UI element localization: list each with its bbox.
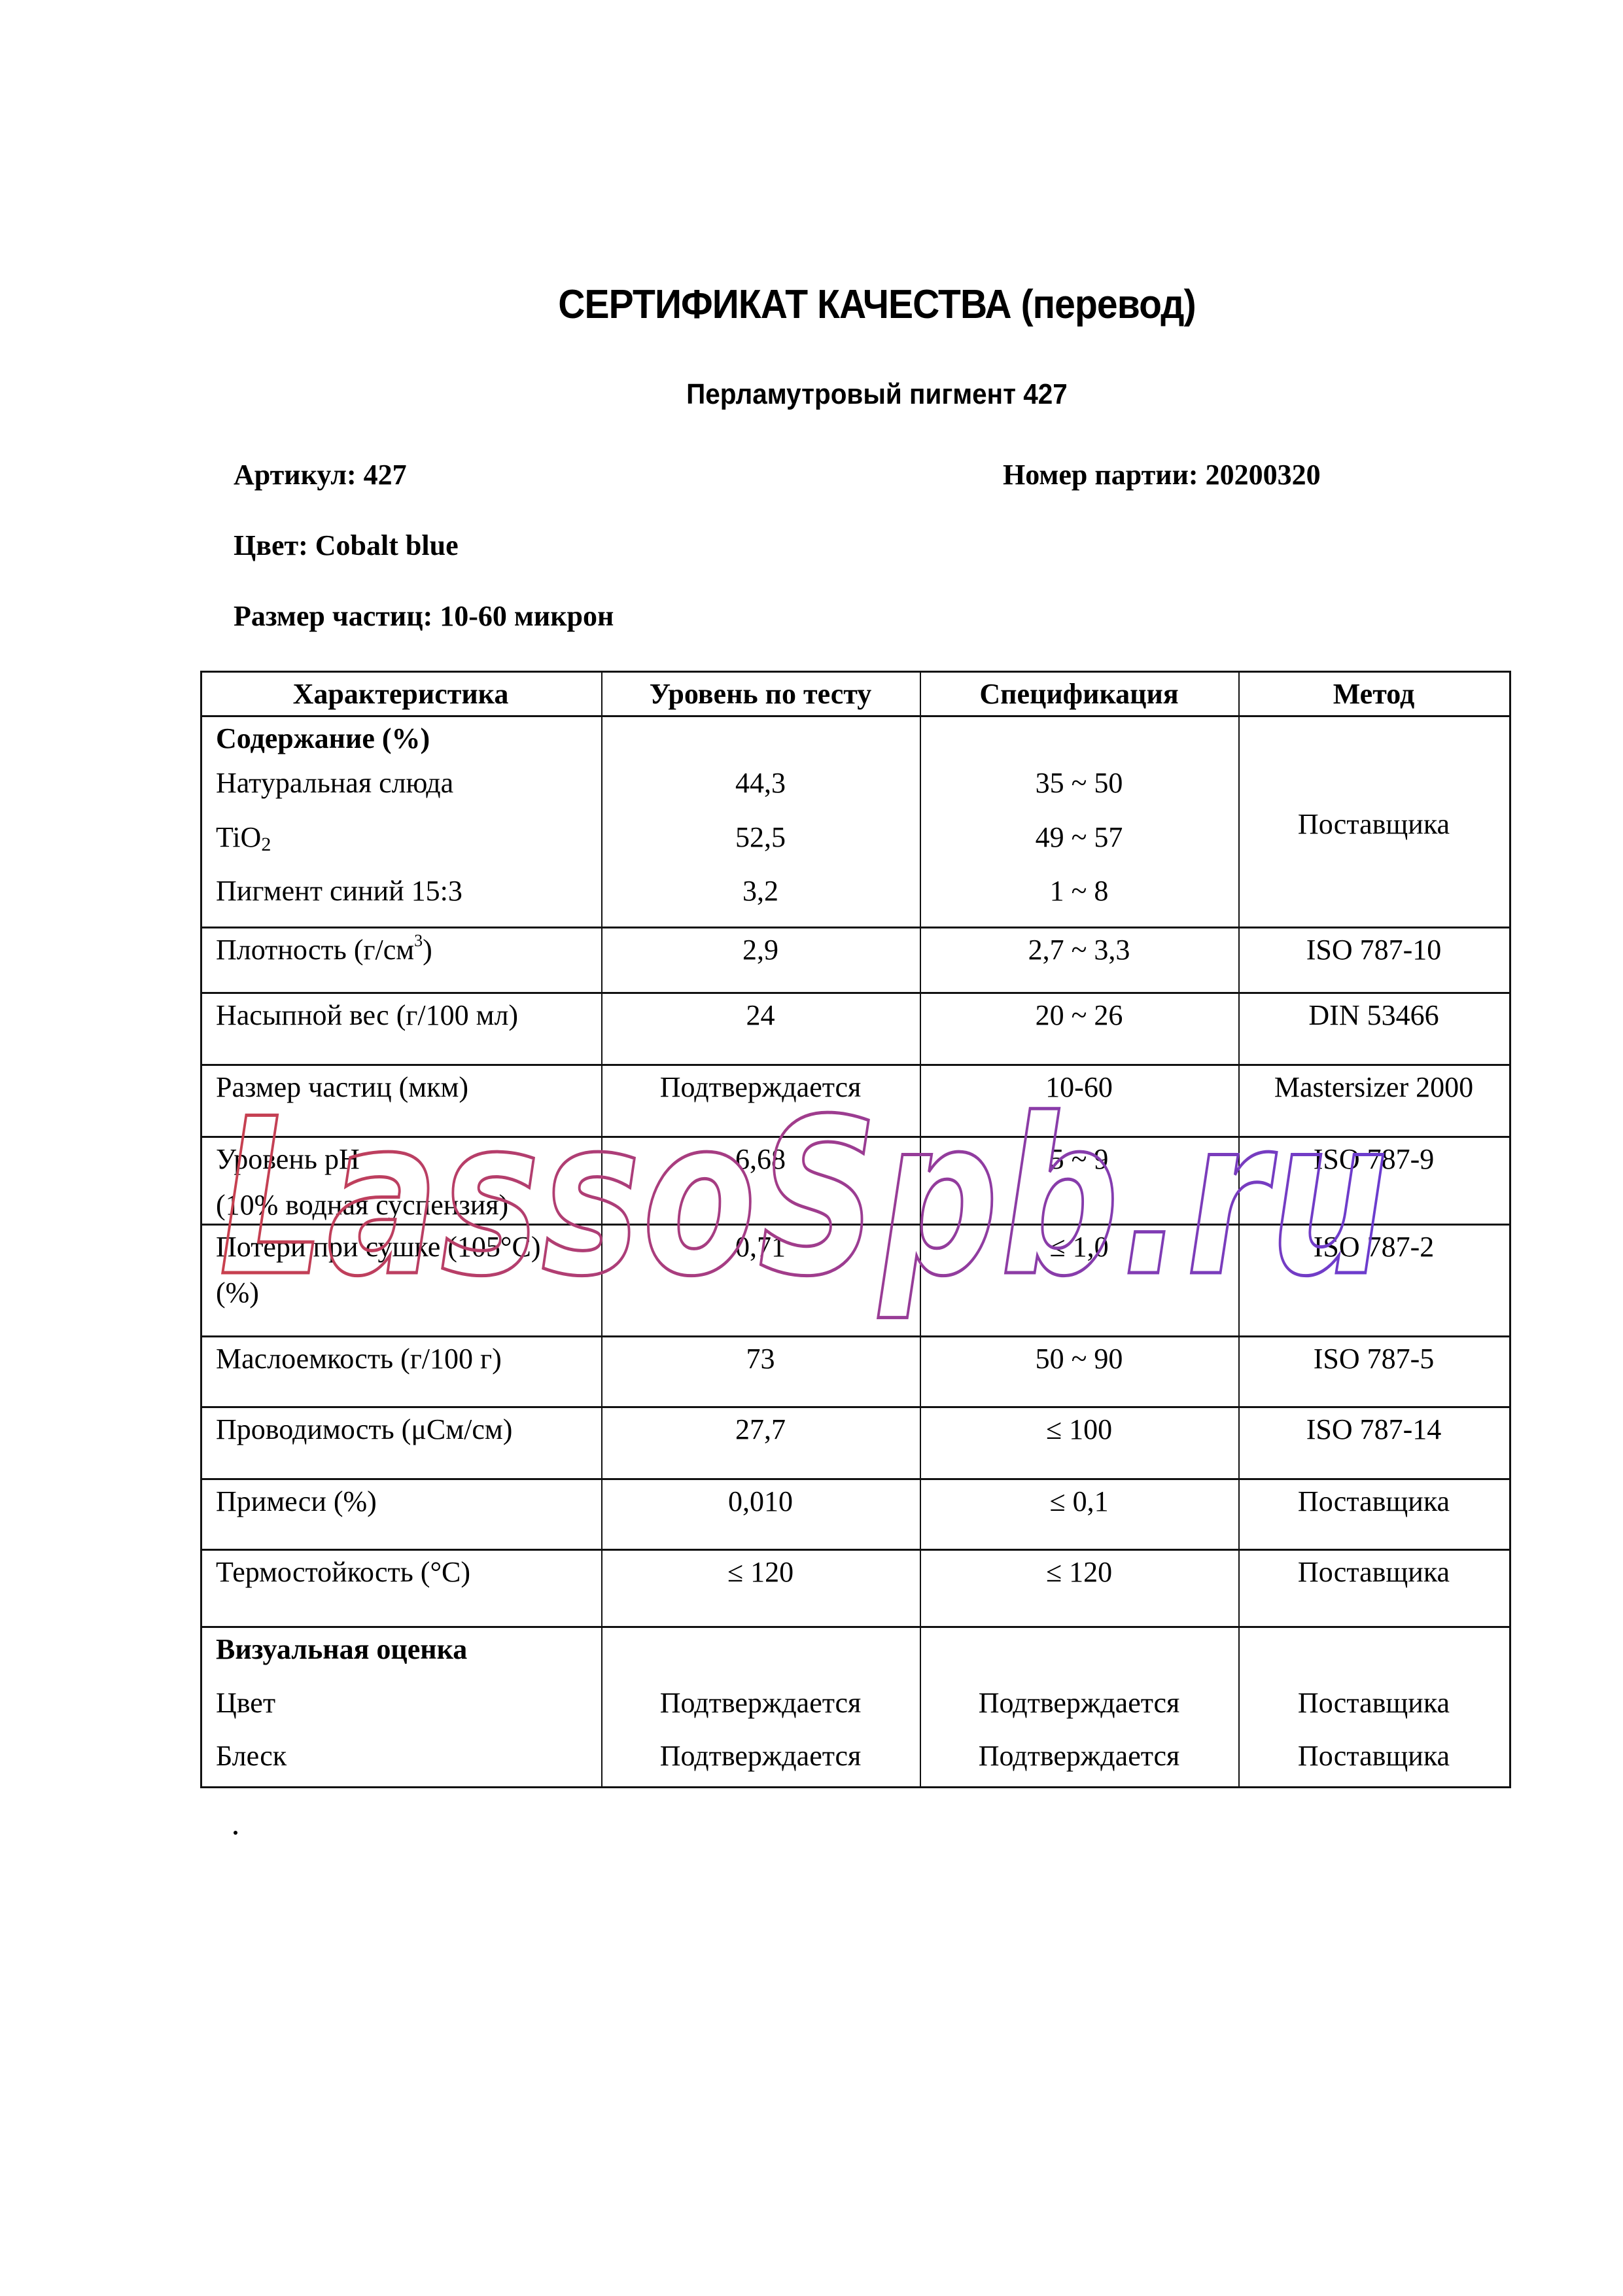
row-pigment-test: 3,2	[601, 877, 920, 906]
trailing-dot	[234, 1831, 237, 1835]
row-name: Проводимость (μСм/см)	[216, 1415, 512, 1444]
table-divider	[200, 1064, 1511, 1066]
article-label: Артикул:	[234, 459, 357, 491]
table-border	[200, 1786, 1511, 1788]
table-divider	[200, 715, 1511, 717]
row-name: Потери при сушке (105°C)	[216, 1233, 540, 1262]
header-characteristic: Характеристика	[200, 680, 601, 709]
header-test-level: Уровень по тесту	[601, 680, 920, 709]
content-group-title: Содержание (%)	[216, 724, 430, 753]
row-visual-gloss-method: Поставщика	[1238, 1742, 1509, 1771]
table-divider	[200, 1478, 1511, 1480]
row-name: Насыпной вес (г/100 мл)	[216, 1001, 518, 1030]
row-pigment-spec: 1 ~ 8	[920, 877, 1238, 906]
row-name: Уровень pH	[216, 1145, 360, 1174]
row-spec-value: 10-60	[920, 1073, 1238, 1102]
color-label: Цвет:	[234, 529, 308, 561]
row-spec-value: ≤ 0,1	[920, 1487, 1238, 1516]
row-method: Mastersizer 2000	[1238, 1073, 1509, 1102]
density-label: Плотность (г/см	[216, 934, 414, 966]
article-field: Артикул: 427	[234, 458, 407, 491]
row-name: Примеси (%)	[216, 1487, 377, 1516]
visual-group-title: Визуальная оценка	[216, 1635, 467, 1664]
row-visual-color-spec: Подтверждается	[920, 1689, 1238, 1718]
table-divider	[200, 1549, 1511, 1551]
row-test-value: 73	[601, 1345, 920, 1373]
row-mica-test: 44,3	[601, 769, 920, 798]
row-method: Поставщика	[1238, 1558, 1509, 1587]
row-visual-gloss-name: Блеск	[216, 1742, 287, 1771]
row-name: Маслоемкость (г/100 г)	[216, 1345, 502, 1373]
row-test-value: 24	[601, 1001, 920, 1030]
row-spec-value: ≤ 120	[920, 1558, 1238, 1587]
row-method: ISO 787-14	[1238, 1415, 1509, 1444]
color-field: Цвет: Cobalt blue	[234, 529, 459, 562]
table-border	[200, 671, 1511, 673]
row-name-line2: (10% водная суспензия)	[216, 1191, 508, 1220]
table-divider	[200, 1406, 1511, 1408]
row-spec-value: 5 ~ 9	[920, 1145, 1238, 1174]
color-value: Cobalt blue	[315, 529, 459, 561]
row-method: ISO 787-2	[1238, 1233, 1509, 1262]
row-method: ISO 787-9	[1238, 1145, 1509, 1174]
row-visual-gloss-spec: Подтверждается	[920, 1742, 1238, 1771]
table-divider	[200, 1136, 1511, 1138]
particle-size-label: Размер частиц:	[234, 600, 432, 632]
content-group-method: Поставщика	[1238, 810, 1509, 839]
row-name: Термостойкость (°C)	[216, 1558, 470, 1587]
row-density-name: Плотность (г/см3)	[216, 936, 432, 964]
row-spec-value: ≤ 100	[920, 1415, 1238, 1444]
row-mica-name: Натуральная слюда	[216, 769, 453, 798]
row-name-line2: (%)	[216, 1279, 259, 1307]
row-visual-gloss-test: Подтверждается	[601, 1742, 920, 1771]
density-label-end: )	[423, 934, 432, 966]
row-density-spec: 2,7 ~ 3,3	[920, 936, 1238, 964]
particle-size-value: 10-60 микрон	[440, 600, 614, 632]
document-subtitle: Перламутровый пигмент 427	[70, 378, 1563, 411]
row-test-value: Подтверждается	[601, 1073, 920, 1102]
row-test-value: 0,010	[601, 1487, 920, 1516]
table-border	[1509, 671, 1511, 1788]
row-method: Поставщика	[1238, 1487, 1509, 1516]
table-divider	[200, 1626, 1511, 1628]
row-test-value: 27,7	[601, 1415, 920, 1444]
table-divider	[200, 992, 1511, 994]
batch-label: Номер партии:	[1003, 459, 1198, 491]
row-method: DIN 53466	[1238, 1001, 1509, 1030]
row-visual-color-name: Цвет	[216, 1689, 275, 1718]
row-spec-value: ≤ 1,0	[920, 1233, 1238, 1262]
row-density-method: ISO 787-10	[1238, 936, 1509, 964]
row-visual-color-method: Поставщика	[1238, 1689, 1509, 1718]
row-name: Размер частиц (мкм)	[216, 1073, 468, 1102]
row-tio2-name: TiO2	[216, 823, 271, 852]
tio2-formula: TiO	[216, 821, 261, 853]
header-method: Метод	[1238, 680, 1509, 709]
row-tio2-test: 52,5	[601, 823, 920, 852]
row-test-value: ≤ 120	[601, 1558, 920, 1587]
batch-value: 20200320	[1206, 459, 1321, 491]
batch-field: Номер партии: 20200320	[1003, 458, 1321, 491]
row-spec-value: 50 ~ 90	[920, 1345, 1238, 1373]
document-title: СЕРТИФИКАТ КАЧЕСТВА (перевод)	[70, 281, 1563, 328]
row-tio2-spec: 49 ~ 57	[920, 823, 1238, 852]
table-divider	[200, 1224, 1511, 1226]
row-test-value: 6,68	[601, 1145, 920, 1174]
particle-size-field: Размер частиц: 10-60 микрон	[234, 599, 614, 633]
article-value: 427	[364, 459, 407, 491]
tio2-subscript: 2	[261, 834, 271, 855]
row-visual-color-test: Подтверждается	[601, 1689, 920, 1718]
table-divider	[200, 927, 1511, 928]
table-divider	[200, 1335, 1511, 1337]
quality-table: Характеристика Уровень по тесту Специфик…	[200, 671, 1511, 1788]
header-specification: Спецификация	[920, 680, 1238, 709]
row-method: ISO 787-5	[1238, 1345, 1509, 1373]
row-spec-value: 20 ~ 26	[920, 1001, 1238, 1030]
row-mica-spec: 35 ~ 50	[920, 769, 1238, 798]
density-superscript: 3	[414, 931, 423, 950]
table-border	[200, 671, 202, 1788]
row-pigment-name: Пигмент синий 15:3	[216, 877, 462, 906]
row-test-value: 0,71	[601, 1233, 920, 1262]
row-density-test: 2,9	[601, 936, 920, 964]
